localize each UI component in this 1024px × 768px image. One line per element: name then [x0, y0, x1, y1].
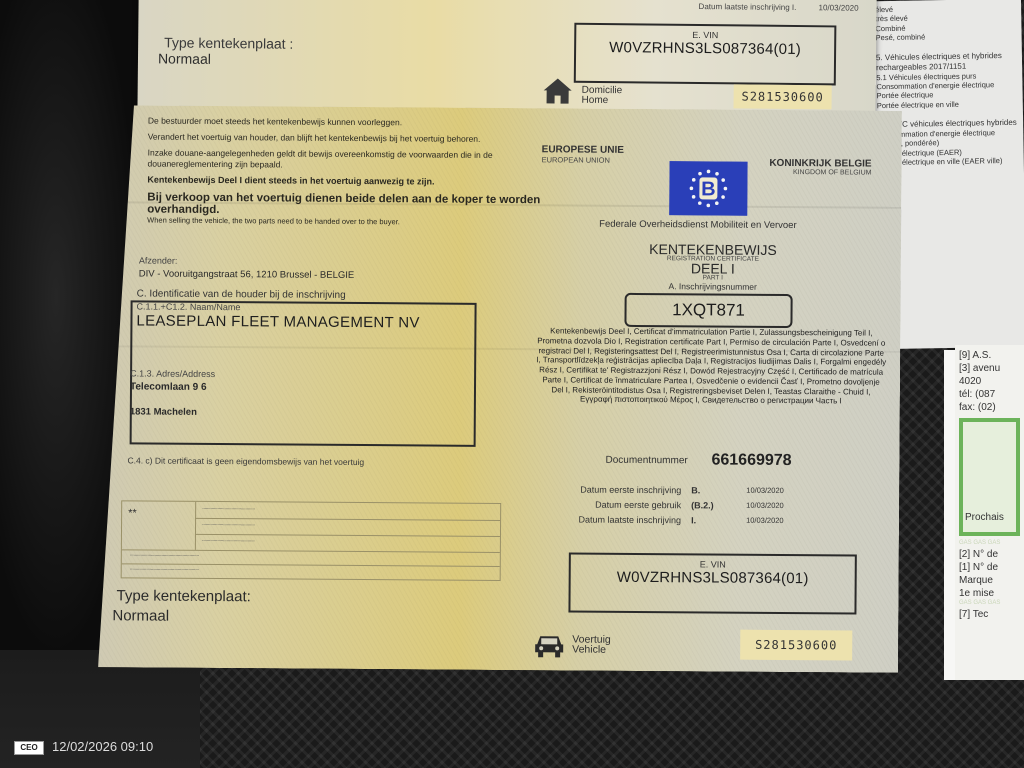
holder-street: Telecomlaan 9 6 — [130, 381, 207, 393]
dotted-line: ........................................… — [202, 537, 255, 543]
serial-number: S281530600 — [734, 84, 832, 109]
notice-sale-en: When selling the vehicle, the two parts … — [147, 215, 567, 227]
house-icon — [542, 76, 574, 104]
inspection-line: [7] Tec — [959, 608, 1020, 621]
authority: Federale Overheidsdienst Mobiliteit en V… — [599, 219, 797, 231]
date-value: 10/03/2020 — [819, 3, 859, 12]
document-number: 661669978 — [711, 451, 791, 470]
eu-label: EUROPESE UNIE — [542, 144, 624, 156]
vin-box: E. VIN W0VZRHNS3LS087364(01) — [574, 23, 837, 86]
date-label: Datum laatste inschrijving — [579, 515, 682, 526]
section-item: Portée électrique en ville — [877, 98, 1017, 110]
ownership-note: C.4. c) Dit certificaat is geen eigendom… — [127, 455, 364, 467]
emissions-line: Pesé, combiné — [876, 31, 1016, 43]
holder-name: LEASEPLAN FLEET MANAGEMENT NV — [136, 312, 419, 331]
kingdom-label-en: KINGDOM OF BELGIUM — [793, 169, 872, 177]
sender-value: DIV - Vooruitgangstraat 56, 1210 Brussel… — [139, 268, 355, 281]
inspection-line: 1e mise — [959, 587, 1020, 600]
gas-pattern: GAS GAS GAS — [959, 540, 1020, 548]
svg-text:B: B — [701, 178, 716, 200]
green-box: Prochais — [959, 418, 1020, 536]
last-registration-row: Datum laatste inschrijving I. 10/03/2020 — [699, 2, 797, 12]
timestamp: 12/02/2026 09:10 — [52, 739, 153, 754]
car-icon — [534, 632, 564, 658]
dotted-line: ........................................… — [202, 521, 255, 527]
next-inspection-label: Prochais — [965, 511, 1004, 524]
date-label: Datum eerste gebruik — [595, 500, 681, 511]
section-5-heading: 5. Véhicules électriques et hybrides rec… — [876, 50, 1016, 72]
table-divider — [195, 502, 196, 550]
date-code: (B.2.) — [691, 500, 714, 510]
vehicle-label-en: Vehicle — [572, 645, 611, 655]
notice: Verandert het voertuig van houder, dan b… — [148, 132, 568, 145]
holder-name-label: C.1.1.+C1.2. Naam/Name — [137, 301, 241, 312]
notice-bold: Kentekenbewijs Deel I dient steeds in he… — [147, 174, 567, 188]
home-label: Domicilie Home — [582, 86, 623, 106]
eu-label-en: EUROPEAN UNION — [542, 155, 610, 164]
document-number-label: Documentnummer — [605, 455, 687, 467]
inspection-line: tél: (087 — [959, 388, 1020, 401]
date-label: Datum eerste inschrijving — [580, 485, 681, 496]
date-code: I. — [691, 515, 696, 525]
vehicle-label: Voertuig Vehicle — [572, 635, 611, 655]
inspection-line: 4020 — [959, 375, 1020, 388]
date-row: Datum laatste inschrijving I. 10/03/2020 — [531, 514, 831, 531]
stars-mark: ** — [128, 507, 137, 519]
dotted-line: ........................................… — [130, 551, 199, 557]
vin-box: E. VIN W0VZRHNS3LS087364(01) — [568, 552, 856, 614]
date-value: 10/03/2020 — [746, 516, 784, 525]
multilingual-title: Kentekenbewijs Deel I, Certificat d'imma… — [536, 326, 887, 406]
gas-pattern: GAS GAS GAS — [959, 600, 1020, 608]
holder-box: C.1.1.+C1.2. Naam/Name LEASEPLAN FLEET M… — [130, 300, 477, 446]
holder-section-label: C. Identificatie van de houder bij de in… — [137, 288, 346, 300]
vin-value: W0VZRHNS3LS087364(01) — [576, 39, 834, 59]
inspection-line: [1] N° de — [959, 561, 1020, 574]
notice: Inzake douane-aangelegenheden geldt dit … — [148, 148, 568, 171]
holder-address-label: C.1.3. Adres/Address — [130, 368, 215, 379]
inspection-line: [2] N° de — [959, 548, 1020, 561]
plate-type-label: Type kentekenplaat: — [116, 587, 250, 605]
vin-value: W0VZRHNS3LS087364(01) — [571, 568, 855, 587]
inspection-line: [9] A.S. — [959, 349, 1020, 362]
date-value: 10/03/2020 — [746, 501, 784, 510]
inspection-line: fax: (02) — [959, 401, 1020, 414]
date-value: 10/03/2020 — [746, 486, 784, 495]
camera-badge-icon: CEO — [14, 741, 44, 755]
holder-city: 1831 Machelen — [130, 406, 197, 417]
registration-number: 1XQT871 — [624, 293, 792, 328]
date-code: B. — [691, 485, 700, 495]
kingdom-label: KONINKRIJK BELGIE — [769, 158, 871, 170]
dates-list: Datum eerste inschrijving B. 10/03/2020 … — [531, 484, 831, 531]
plate-type-value: Normaal — [112, 607, 169, 624]
inspection-paper: [9] A.S. [3] avenu 4020 tél: (087 fax: (… — [955, 345, 1024, 680]
home-label-en: Home — [582, 96, 623, 106]
notices: De bestuurder moet steeds het kentekenbe… — [147, 116, 568, 238]
notice: De bestuurder moet steeds het kentekenbe… — [148, 116, 568, 129]
notice-sale-nl: Bij verkoop van het voertuig dienen beid… — [147, 191, 567, 218]
inspection-line: Marque — [959, 574, 1020, 587]
inspection-line: [3] avenu — [959, 362, 1020, 375]
dotted-line: ........................................… — [202, 505, 255, 511]
dotted-line: ........................................… — [130, 565, 199, 571]
signature-table: ** .....................................… — [121, 500, 502, 581]
date-label: Datum laatste inschrijving I. — [699, 2, 797, 12]
plate-type-label: Type kentekenplaat : — [164, 34, 293, 51]
serial-number: S281530600 — [740, 630, 852, 661]
plate-type-value: Normaal — [158, 50, 211, 67]
eu-flag-icon: B — [669, 161, 747, 216]
sender-label: Afzender: — [139, 255, 178, 265]
registration-part-1: De bestuurder moet steeds het kentekenbe… — [98, 105, 902, 673]
